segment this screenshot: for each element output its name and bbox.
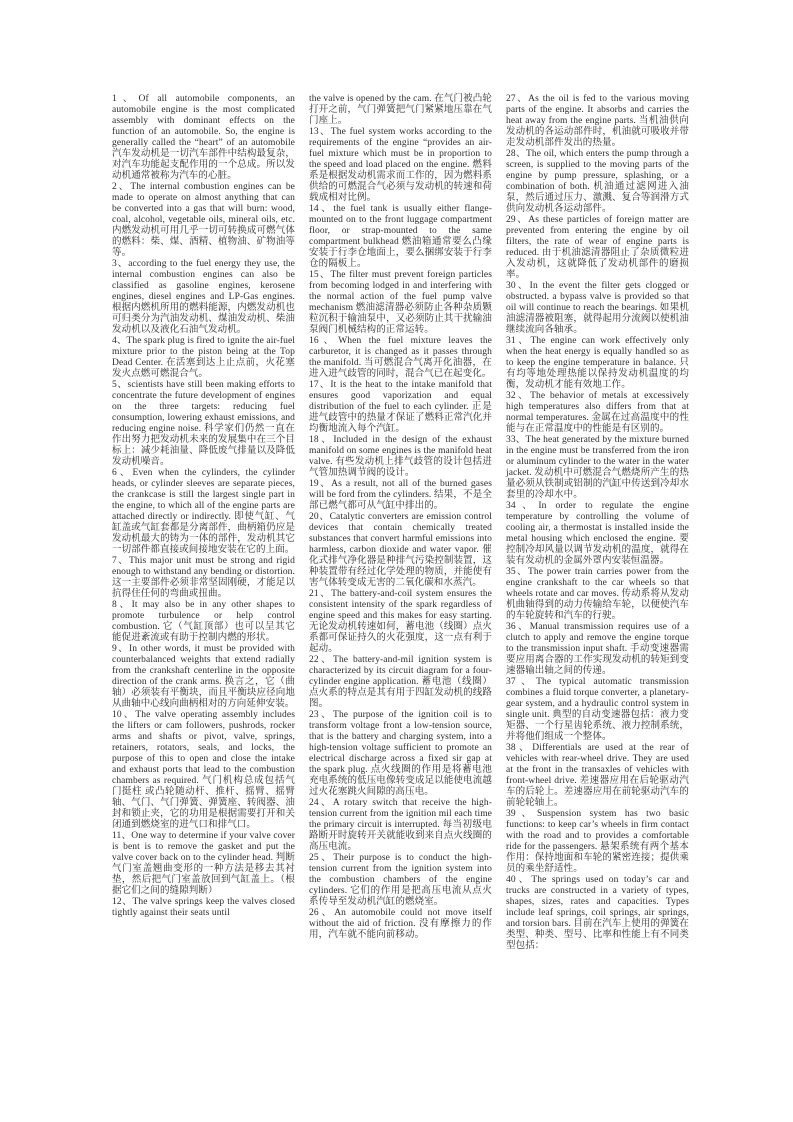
paragraph: 32、The behavior of metals at excessively…: [506, 391, 689, 435]
paragraph: 19、As a result, not all of the burned ga…: [309, 479, 492, 512]
paragraph: 36、Manual transmission requires use of a…: [506, 622, 689, 677]
paragraph: 40、The springs used on today’s car and t…: [506, 875, 689, 952]
paragraph: 21、The battery-and-coil system ensures t…: [309, 589, 492, 655]
paragraph: 7、This major unit must be strong and rig…: [112, 556, 295, 600]
text-column-2: the valve is opened by the cam. 在气门被凸轮打开…: [309, 94, 492, 941]
paragraph: 39、Suspension system has two basic funct…: [506, 809, 689, 875]
text-column-1: 1、Of all automobile components, an autom…: [112, 94, 295, 919]
paragraph: 10、The valve operating assembly includes…: [112, 710, 295, 831]
paragraph: 13、The fuel system works according to th…: [309, 127, 492, 204]
paragraph: 25、Their purpose is to conduct the high-…: [309, 853, 492, 908]
paragraph: 23、The purpose of the ignition coil is t…: [309, 710, 492, 798]
paragraph: 35、The power train carries power from th…: [506, 567, 689, 622]
paragraph: 8、It may also be in any other shapes to …: [112, 600, 295, 644]
paragraph: 14、the fuel tank is usually either flang…: [309, 204, 492, 270]
paragraph: 1、Of all automobile components, an autom…: [112, 94, 295, 182]
paragraph: 16、When the fuel mixture leaves the carb…: [309, 336, 492, 380]
paragraph: 17、It is the heat to the intake manifold…: [309, 380, 492, 435]
paragraph: 28、The oil, which enters the pump throug…: [506, 149, 689, 215]
paragraph: 18、Included in the design of the exhaust…: [309, 435, 492, 479]
paragraph: 20、Catalytic converters are emission con…: [309, 512, 492, 589]
paragraph: 24、A rotary switch that receive the high…: [309, 798, 492, 853]
paragraph: 29、As these particles of foreign matter …: [506, 215, 689, 281]
document-page: { "page": { "background_color": "#ffffff…: [0, 0, 793, 1122]
paragraph: 38、Differentials are used at the rear of…: [506, 743, 689, 809]
paragraph: 15、The filter must prevent foreign parti…: [309, 270, 492, 336]
paragraph: 3、according to the fuel energy they use,…: [112, 259, 295, 336]
paragraph: 4、The spark plug is fired to ignite the …: [112, 336, 295, 380]
paragraph: 26、An automobile could not move itself w…: [309, 908, 492, 941]
paragraph: 11、One way to determine if your valve co…: [112, 831, 295, 897]
paragraph: 12、The valve springs keep the valves clo…: [112, 897, 295, 919]
paragraph: 27、As the oil is fed to the various movi…: [506, 94, 689, 149]
paragraph: 37、The typical automatic transmission co…: [506, 677, 689, 743]
paragraph: 2、The internal combustion engines can be…: [112, 182, 295, 259]
paragraph: 6、Even when the cylinders, the cylinder …: [112, 468, 295, 556]
paragraph: 5、scientists have still been making effo…: [112, 380, 295, 468]
paragraph: 34、In order to regulate the engine tempe…: [506, 501, 689, 567]
paragraph: 33、The heat generated by the mixture bur…: [506, 435, 689, 501]
paragraph: 9、In other words, it must be provided wi…: [112, 644, 295, 710]
paragraph: 31、The engine can work effectively only …: [506, 336, 689, 391]
paragraph: 22、The battery-and-mil ignition system i…: [309, 655, 492, 710]
document-body: 1、Of all automobile components, an autom…: [112, 94, 690, 952]
paragraph: the valve is opened by the cam. 在气门被凸轮打开…: [309, 94, 492, 127]
text-column-3: 27、As the oil is fed to the various movi…: [506, 94, 689, 952]
paragraph: 30、In the event the filter gets clogged …: [506, 281, 689, 336]
